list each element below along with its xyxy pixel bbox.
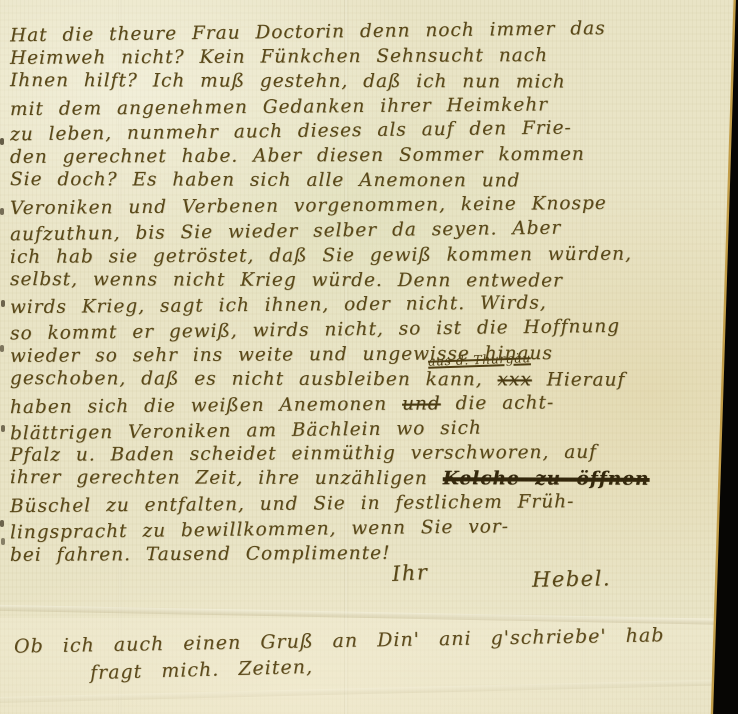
manuscript-line: Sie doch? Es haben sich alle Anemonen un… <box>10 168 722 194</box>
manuscript-line: ich hab sie getröstet, daß Sie gewiß kom… <box>10 242 722 270</box>
line-text: Veroniken und Verbenen vorgenommen, kein… <box>10 193 607 219</box>
line-text: Heimweh nicht? Kein Fünkchen Sehnsucht n… <box>10 45 548 69</box>
line-text: blättrigen Veroniken am Bächlein wo sich <box>10 417 482 444</box>
manuscript-line: selbst, wenns nicht Krieg würde. Denn en… <box>10 268 722 294</box>
manuscript-line: den gerechnet habe. Aber diesen Sommer k… <box>10 142 722 170</box>
closing-pronoun: Ihr <box>391 560 429 586</box>
line-text: Hat die theure Frau Doctorin denn noch i… <box>10 18 606 46</box>
signature-hebel: Hebel. <box>532 566 611 591</box>
line-text: zu leben, nunmehr auch dieses als auf de… <box>10 118 572 146</box>
paper: Hat die theure Frau Doctorin denn noch i… <box>0 0 738 714</box>
line-text: Hierauf <box>532 369 626 390</box>
struck-through-text: und <box>402 393 441 414</box>
manuscript-line: geschoben, daß es nicht ausbleiben kann,… <box>10 367 722 393</box>
paper-right-edge <box>708 0 738 714</box>
line-text: geschoben, daß es nicht ausbleiben kann, <box>10 368 498 390</box>
line-text: ich hab sie getröstet, daß Sie gewiß kom… <box>10 243 632 267</box>
manuscript-line: bei fahren. Tausend Complimente! <box>10 540 722 568</box>
line-text: aufzuthun, bis Sie wieder selber da seye… <box>10 217 562 245</box>
manuscript-line: wieder so sehr ins weite und ungewisse h… <box>10 341 722 369</box>
line-text: Sie doch? Es haben sich alle Anemonen un… <box>10 169 520 191</box>
manuscript-line: Heimweh nicht? Kein Fünkchen Sehnsucht n… <box>10 43 722 71</box>
manuscript-line: ihrer gerechten Zeit, ihre unzähligen Ke… <box>10 466 722 492</box>
line-text: mit dem angenehmen Gedanken ihrer Heimke… <box>10 94 548 120</box>
manuscript-line: Pfalz u. Baden scheidet einmüthig versch… <box>10 441 722 469</box>
line-text: die acht- <box>441 392 555 414</box>
line-text: Ihnen hilft? Ich muß gestehn, daß ich nu… <box>10 70 566 92</box>
line-text: lingspracht zu bewillkommen, wenn Sie vo… <box>10 516 509 543</box>
line-text: Pfalz u. Baden scheidet einmüthig versch… <box>10 442 597 466</box>
struck-through-text: xxx <box>497 369 531 390</box>
manuscript-line: Ihnen hilft? Ich muß gestehn, daß ich nu… <box>10 69 722 95</box>
line-text: so kommt er gewiß, wirds nicht, so ist d… <box>10 316 620 344</box>
line-text: selbst, wenns nicht Krieg würde. Denn en… <box>10 269 563 291</box>
scanned-letter-page: Hat die theure Frau Doctorin denn noch i… <box>0 0 738 714</box>
line-text: den gerechnet habe. Aber diesen Sommer k… <box>10 144 585 168</box>
line-text: haben sich die weißen Anemonen <box>10 393 402 417</box>
struck-through-text: Kelche zu öffnen <box>443 468 650 490</box>
letter-lines: Hat die theure Frau Doctorin denn noch i… <box>0 0 738 714</box>
line-text: bei fahren. Tausend Complimente! <box>10 543 391 566</box>
line-text: wirds Krieg, sagt ich ihnen, oder nicht.… <box>10 293 547 319</box>
line-text: Büschel zu entfalten, und Sie in festlic… <box>10 491 575 517</box>
line-text: ihrer gerechten Zeit, ihre unzähligen <box>10 467 443 489</box>
